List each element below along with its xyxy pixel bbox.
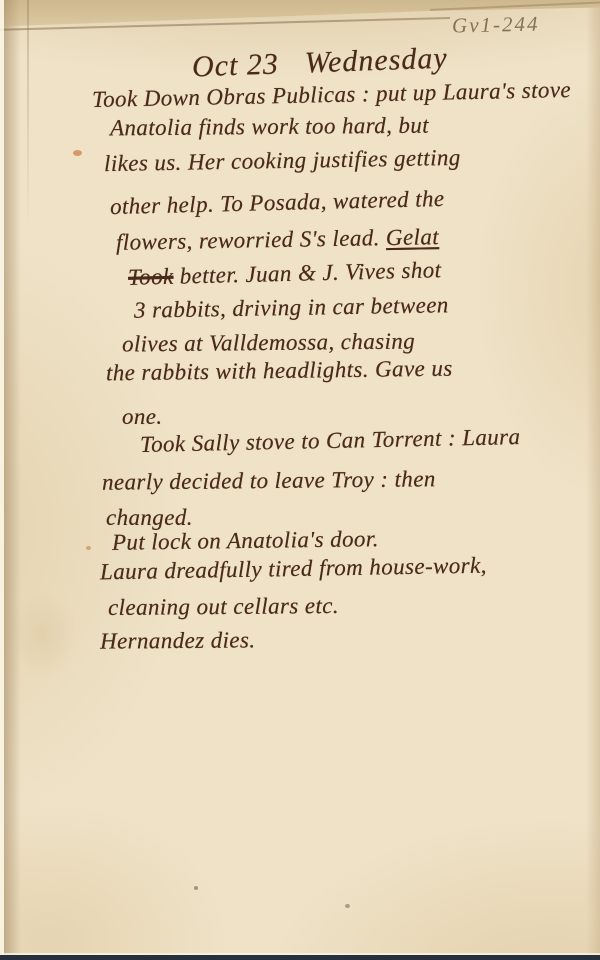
diary-line: Put lock on Anatolia's door.: [112, 526, 379, 556]
diary-line: the rabbits with headlights. Gave us: [106, 356, 453, 387]
diary-line: Took better. Juan & J. Vives shot: [128, 257, 442, 291]
diary-line: one.: [122, 404, 163, 430]
diary-line: other help. To Posada, watered the: [110, 186, 445, 220]
diary-line-text: changed.: [106, 505, 193, 530]
diary-line-text: cleaning out cellars etc.: [108, 593, 339, 620]
diary-line: 3 rabbits, driving in car between: [134, 292, 449, 323]
diary-line: Laura dreadfully tired from house-work,: [100, 553, 487, 586]
diary-line-text: better. Juan & J. Vives shot: [173, 257, 441, 289]
underlined-name: Gelat: [386, 224, 440, 250]
diary-line-text: olives at Valldemossa, chasing: [122, 328, 415, 356]
diary-line-text: 3 rabbits, driving in car between: [134, 292, 449, 322]
diary-line-text: likes us. Her cooking justifies getting: [104, 145, 461, 176]
diary-line-text: Hernandez dies.: [100, 627, 256, 653]
diary-line-text: the rabbits with headlights. Gave us: [106, 356, 453, 386]
diary-line-text: other help. To Posada, watered the: [110, 186, 445, 219]
struck-word: Took: [128, 264, 174, 290]
scan-bottom-edge: [0, 955, 600, 960]
stain: [86, 546, 91, 550]
diary-line-text: one.: [122, 404, 163, 429]
diary-line: cleaning out cellars etc.: [108, 593, 339, 621]
diary-line-text: Took Down Obras Publicas : put up Laura'…: [92, 77, 571, 112]
diary-line: Took Sally stove to Can Torrent : Laura: [140, 424, 521, 458]
diary-line-text: flowers, reworried S's lead.: [116, 225, 386, 255]
diary-line: Hernandez dies.: [100, 627, 256, 654]
diary-line: changed.: [106, 505, 193, 531]
stain: [345, 904, 350, 908]
diary-line-text: Anatolia finds work too hard, but: [110, 113, 429, 141]
stain: [73, 150, 82, 156]
diary-line: likes us. Her cooking justifies getting: [104, 145, 461, 177]
left-edge-shadow: [4, 0, 20, 960]
diary-line: olives at Valldemossa, chasing: [122, 328, 415, 357]
diary-page-scan: Gv1-244 Oct 23Wednesday Took Down Obras …: [0, 0, 600, 960]
diary-line: Took Down Obras Publicas : put up Laura'…: [92, 77, 572, 113]
diary-line-text: Took Sally stove to Can Torrent : Laura: [140, 424, 521, 457]
diary-line-text: nearly decided to leave Troy : then: [102, 466, 436, 494]
entry-weekday: Wednesday: [304, 42, 448, 80]
diary-line-text: Laura dreadfully tired from house-work,: [100, 553, 487, 585]
diary-line: Anatolia finds work too hard, but: [110, 113, 429, 142]
diary-line-text: Put lock on Anatolia's door.: [112, 526, 379, 555]
vertical-crease: [27, 0, 29, 230]
diary-line: nearly decided to leave Troy : then: [102, 466, 436, 495]
diary-line: flowers, reworried S's lead. Gelat: [116, 224, 439, 256]
archive-mark: Gv1-244: [452, 11, 592, 39]
stain: [8, 590, 78, 680]
entry-date: Oct 23: [191, 47, 279, 83]
stain: [194, 886, 198, 890]
entry-date-heading: Oct 23Wednesday: [191, 42, 448, 85]
